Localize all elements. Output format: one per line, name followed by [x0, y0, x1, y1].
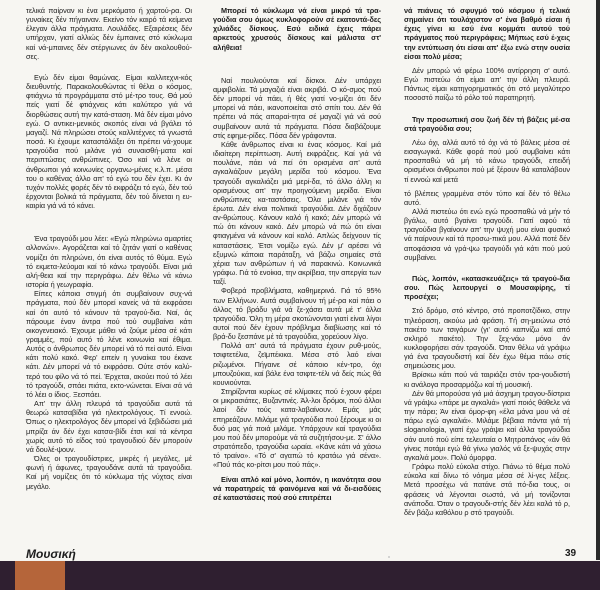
interview-question: Μπορεί τό κύκλωμα νά είναι μικρό τά τρα-…: [213, 6, 381, 52]
page-number: 39: [565, 548, 576, 559]
page-edge-line: [596, 0, 600, 560]
paragraph: Αλλά πιστεύω ότι ενώ εγώ προσπαθώ νά μήν…: [404, 207, 570, 262]
paragraph: Γράφω πολύ εύκολα στίχο. Πιάνω τό θέμα π…: [404, 462, 570, 517]
column-left: τελικά παίρναν κι ένα μερκόματο ή χαρτού…: [26, 6, 192, 491]
bottom-bar: [0, 561, 600, 590]
paragraph: Πολλά απ' αυτά τά πράγματα έχουν ρυθ-μού…: [213, 341, 381, 387]
scan-speck: [388, 556, 390, 558]
column-right: νά πιάνεις τό σφυγμό τού κόσμου ή τελικά…: [404, 6, 570, 517]
paragraph: τελικά παίρναν κι ένα μερκόματο ή χαρτού…: [26, 6, 192, 61]
magazine-page: τελικά παίρναν κι ένα μερκόματο ή χαρτού…: [0, 0, 596, 560]
paragraph: Κάθε άνθρωπος είναι κι ένας κόσμος. Καί …: [213, 140, 381, 287]
paragraph: τό βλέπεις γραμμένα στόν τύπο καί δέν τό…: [404, 189, 570, 207]
paragraph: Φοβερά προβλήματα, καθημερινά. Γιά τό 95…: [213, 286, 381, 341]
column-middle: Μπορεί τό κύκλωμα νά είναι μικρό τά τρα-…: [213, 6, 381, 502]
paragraph: Όλες οι τραγουδίστριες, μικρές ή μεγάλες…: [26, 454, 192, 491]
interview-question: Είναι απλό καί μόνο, λοιπόν, η ικανότητα…: [213, 475, 381, 502]
interview-question: Την προσωπική σου ζωή δέν τή βάζεις μέ-σ…: [404, 115, 570, 133]
interview-question: Πώς, λοιπόν, «κατασκευάζεις» τά τραγού-δ…: [404, 274, 570, 301]
paragraph: Απ' την άλλη πλευρά τά τραγούδια αυτά τά…: [26, 399, 192, 454]
interview-question: νά πιάνεις τό σφυγμό τού κόσμου ή τελικά…: [404, 6, 570, 61]
paragraph: Στό δρόμο, στό κέντρο, στό προποτζίδικο,…: [404, 306, 570, 370]
bottom-accent-block: [15, 561, 65, 590]
paragraph: Δέν μπορώ νά φέρω 100% αντίρρηση σ' αυτό…: [404, 66, 570, 103]
paragraph: Ένα τραγούδι μου λέει: «Εγώ πληρώνω αμαρ…: [26, 234, 192, 289]
paragraph: Λέω όχι, αλλά αυτό τό όχι νά τό βάλεις μ…: [404, 138, 570, 184]
section-label: Μουσική: [26, 547, 76, 561]
paragraph: Εγώ δέν είμαι θαμώνας. Είμαι καλλιτεχνι-…: [26, 73, 192, 210]
paragraph: Βρίσκω κάτι πού νά ταιριάζει στόν τρα-γο…: [404, 370, 570, 388]
paragraph: Ναί πουλιούνται καί δίσκοι. Δέν υπάρχει …: [213, 76, 381, 140]
paragraph: Στηρίζονται κυρίως σέ κλίμακες πού έ-χου…: [213, 387, 381, 469]
paragraph: Είπες κάποια στιγμή ότι συμβαίνουν συχ-ν…: [26, 289, 192, 399]
paragraph: Δέν θά μπορούσα γιά μιά άσχημη τραγου-δί…: [404, 389, 570, 462]
